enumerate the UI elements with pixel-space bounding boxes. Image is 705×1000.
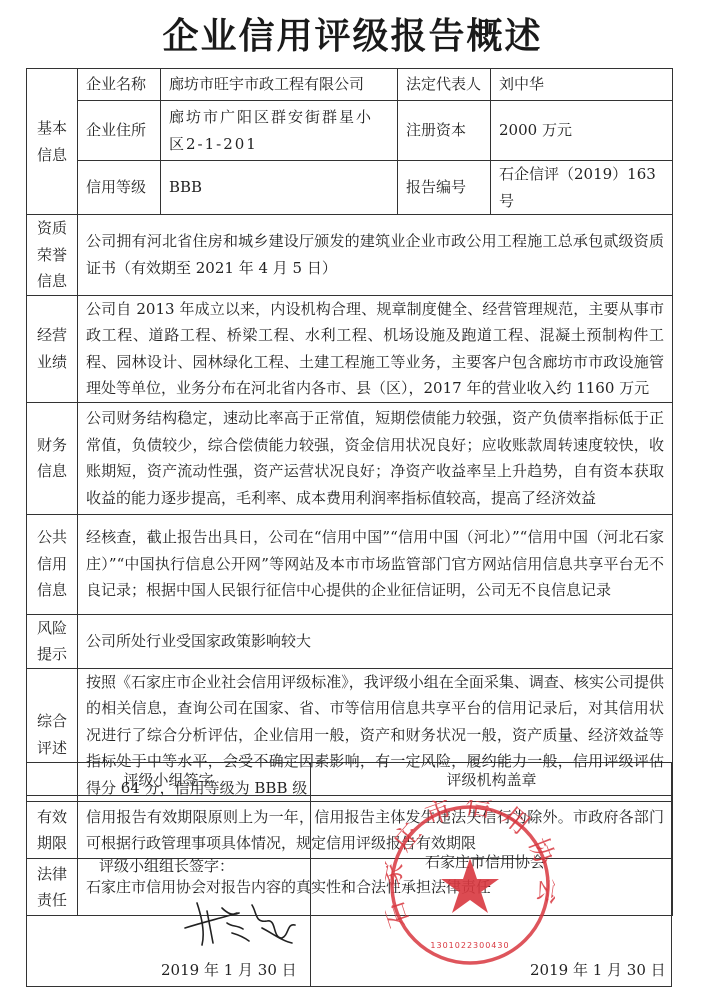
text-business-performance: 公司自 2013 年成立以来，内设机构合理、规章制度健全、经营管理规范，主要从事… <box>78 295 673 402</box>
label-report-number: 报告编号 <box>398 161 491 215</box>
label-address: 企业住所 <box>78 101 161 161</box>
text-qualification: 公司拥有河北省住房和城乡建设厅颁发的建筑业企业市政公用工程施工总承包贰级资质证书… <box>78 215 673 296</box>
category-qualification: 资质荣誉信息 <box>27 215 78 296</box>
stamp-number: 1301022300430 <box>430 941 509 950</box>
document-title: 企业信用评级报告概述 <box>0 8 705 59</box>
value-address: 廊坊市广阳区群安街群星小区2-1-201 <box>161 101 398 161</box>
label-credit-grade: 信用等级 <box>78 161 161 215</box>
category-financial-info: 财务信息 <box>27 402 78 514</box>
label-legal-rep: 法定代表人 <box>398 69 491 101</box>
value-registered-capital: 2000 万元 <box>491 101 673 161</box>
signature-section: 评级小组签字 评级机构盖章 评级小组组长签字： 2019 年 1 月 30 日 … <box>26 762 672 987</box>
team-signature-date: 2019 年 1 月 30 日 <box>161 959 297 980</box>
text-public-credit: 经核查，截止报告出具日，公司在“信用中国”“信用中国（河北）”“信用中国（河北石… <box>78 514 673 614</box>
value-report-number: 石企信评（2019）163 号 <box>491 161 673 215</box>
star-icon <box>441 858 499 913</box>
value-legal-rep: 刘中华 <box>491 69 673 101</box>
category-risk-warning: 风险提示 <box>27 614 78 668</box>
value-credit-grade: BBB <box>161 161 398 215</box>
text-risk-warning: 公司所处行业受国家政策影响较大 <box>78 614 673 668</box>
team-leader-signature-label: 评级小组组长签字： <box>99 855 234 876</box>
handwritten-signature <box>177 883 317 953</box>
text-financial-info: 公司财务结构稳定，速动比率高于正常值，短期偿债能力较强，资产负债率指标低于正常值… <box>78 402 673 514</box>
label-company-name: 企业名称 <box>78 69 161 101</box>
rating-team-signature-header: 评级小组签字 <box>27 769 310 790</box>
agency-seal-header: 评级机构盖章 <box>310 769 673 790</box>
label-registered-capital: 注册资本 <box>398 101 491 161</box>
category-basic-info: 基本信息 <box>27 69 78 215</box>
category-public-credit: 公共信用信息 <box>27 514 78 614</box>
official-seal-stamp: 石家庄市信用协会 1301022300430 <box>385 800 555 970</box>
value-company-name: 廊坊市旺宇市政工程有限公司 <box>161 69 398 101</box>
category-business-performance: 经营业绩 <box>27 295 78 402</box>
